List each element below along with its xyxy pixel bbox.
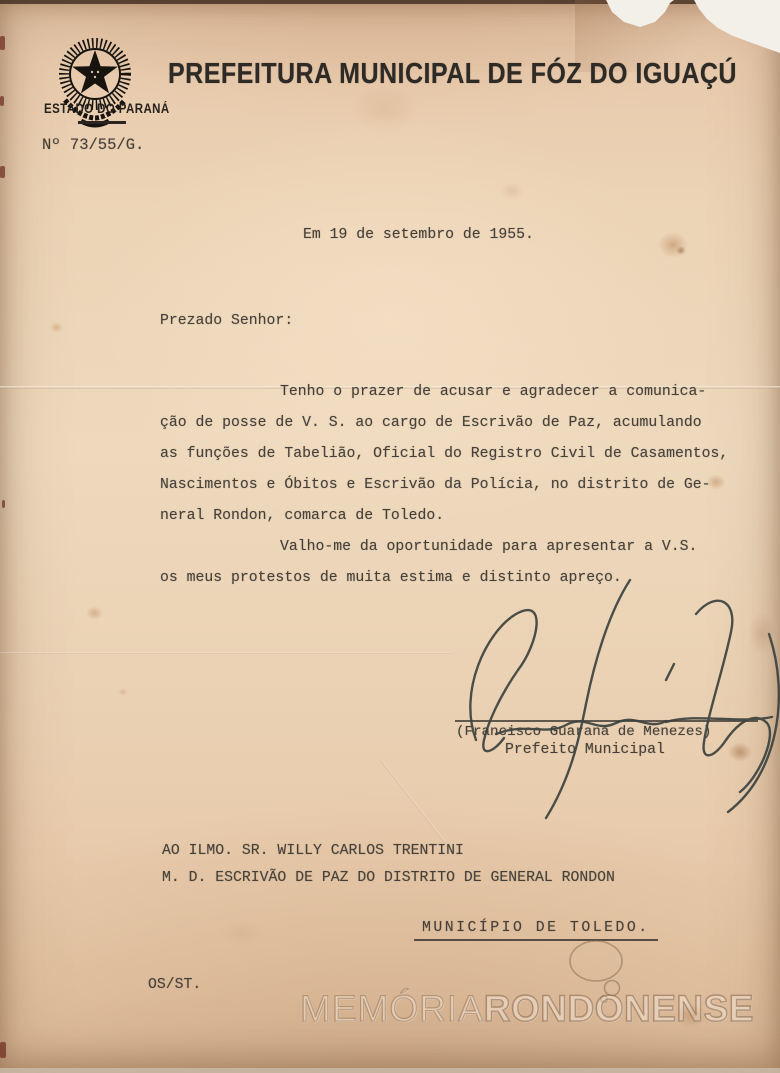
state-label: ESTADO DO PARANÁ [44, 101, 170, 116]
thought-bubble-icon [568, 936, 634, 1006]
photo-edge-speck [0, 1042, 6, 1058]
paper-stain [500, 182, 524, 200]
recipient-role: M. D. ESCRIVÃO DE PAZ DO DISTRITO DE GEN… [162, 869, 615, 887]
state-underline [78, 121, 126, 124]
watermark-text-bold: RONDONENSE [484, 989, 754, 1029]
paper-stain [220, 920, 264, 946]
paper-stain [350, 85, 420, 133]
paper-stain [118, 688, 128, 696]
body-line: Nascimentos e Óbitos e Escrivão da Políc… [160, 476, 711, 494]
body-line: Valho-me da oportunidade para apresentar… [280, 538, 697, 556]
scanned-letter-photo: { "header": { "emblem_icon": "coat-of-ar… [0, 0, 780, 1073]
letter-paper: ESTADO DO PARANÁ PREFEITURA MUNICIPAL DE… [0, 0, 780, 1073]
fold-crease [0, 652, 452, 654]
paper-stain [676, 1004, 706, 1028]
date-line: Em 19 de setembro de 1955. [303, 226, 534, 244]
body-line: ção de posse de V. S. ao cargo de Escriv… [160, 414, 702, 432]
photo-bottom-edge [0, 1068, 780, 1073]
photo-edge-speck [0, 166, 5, 178]
watermark-text-light: MEMÓRIA [300, 989, 484, 1029]
body-line: as funções de Tabelião, Oficial do Regis… [160, 445, 728, 463]
salutation: Prezado Senhor: [160, 312, 293, 330]
letterhead-title: PREFEITURA MUNICIPAL DE FÓZ DO IGUAÇÚ [168, 58, 737, 91]
photo-edge-speck [0, 96, 4, 106]
typist-initials: OS/ST. [148, 976, 201, 994]
photo-edge-speck [2, 500, 5, 508]
recipient-name: AO ILMO. SR. WILLY CARLOS TRENTINI [162, 842, 464, 860]
paper-stain [86, 606, 103, 620]
photo-edge-speck [0, 36, 5, 50]
paper-stain [658, 232, 688, 258]
paper-stain [676, 246, 686, 255]
coat-of-arms-icon [55, 28, 137, 134]
recipient-municipality: MUNICÍPIO DE TOLEDO. [414, 919, 658, 941]
watermark: MEMÓRIARONDONENSE [300, 989, 754, 1029]
paper-stain [50, 322, 63, 333]
body-line: Tenho o prazer de acusar e agradecer a c… [280, 383, 706, 401]
photo-top-edge [0, 0, 780, 4]
reference-number: Nº 73/55/G. [42, 136, 144, 154]
body-line: neral Rondon, comarca de Toledo. [160, 507, 444, 525]
handwritten-signature-icon [398, 572, 780, 827]
